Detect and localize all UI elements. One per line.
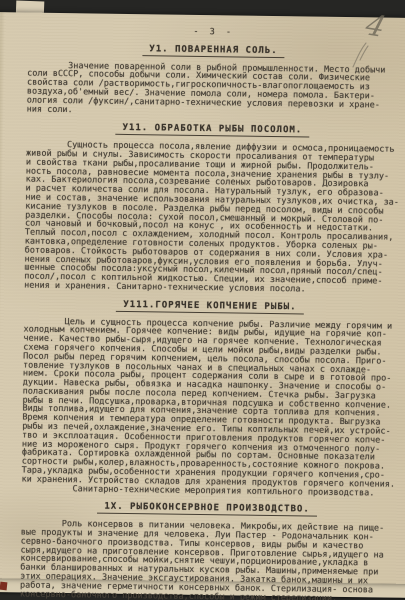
section-1-heading-row: У1. ПОВАРЕННАЯ СОЛЬ. <box>27 43 399 59</box>
section-2-text: Сущность процесса посола,явление диффузи… <box>24 141 405 296</box>
section-3-text: Цель и сущность процесса копчение рыбы. … <box>21 317 405 499</box>
typewritten-page: - 3 - У1. ПОВАРЕННАЯ СОЛЬ. Значение пова… <box>0 12 405 584</box>
section-4-heading-row: 1Х. РЫБОКОНСЕРВНОЕ ПРОИЗВОДСТВО. <box>21 502 393 518</box>
section-3-heading-row: У111.ГОРЯЧЕЕ КОПЧЕНИЕ РЫБЫ. <box>24 299 396 315</box>
section-4-heading: 1Х. РЫБОКОНСЕРВНОЕ ПРОИЗВОДСТВО. <box>97 503 317 517</box>
pencil-squiggle-mark <box>350 40 372 70</box>
section-2-heading: У11. ОБРАБОТКА РЫБЫ ПОСОЛОМ. <box>115 124 309 138</box>
page-number: - 3 - <box>28 26 400 40</box>
section-4-text: Роль консервов в питании человека. Микро… <box>20 520 405 600</box>
red-edge-mark <box>0 582 7 591</box>
section-1-text: Значение поваренной соли в рыбной промыш… <box>27 61 405 119</box>
section-3-heading: У111.ГОРЯЧЕЕ КОПЧЕНИЕ РЫБЫ. <box>116 301 303 314</box>
section-1-heading: У1. ПОВАРЕННАЯ СОЛЬ. <box>142 45 285 58</box>
page-content: - 3 - У1. ПОВАРЕННАЯ СОЛЬ. Значение пова… <box>20 13 405 600</box>
section-2-heading-row: У11. ОБРАБОТКА РЫБЫ ПОСОЛОМ. <box>26 123 398 139</box>
scanned-document-page: - 3 - У1. ПОВАРЕННАЯ СОЛЬ. Значение пова… <box>0 0 405 600</box>
